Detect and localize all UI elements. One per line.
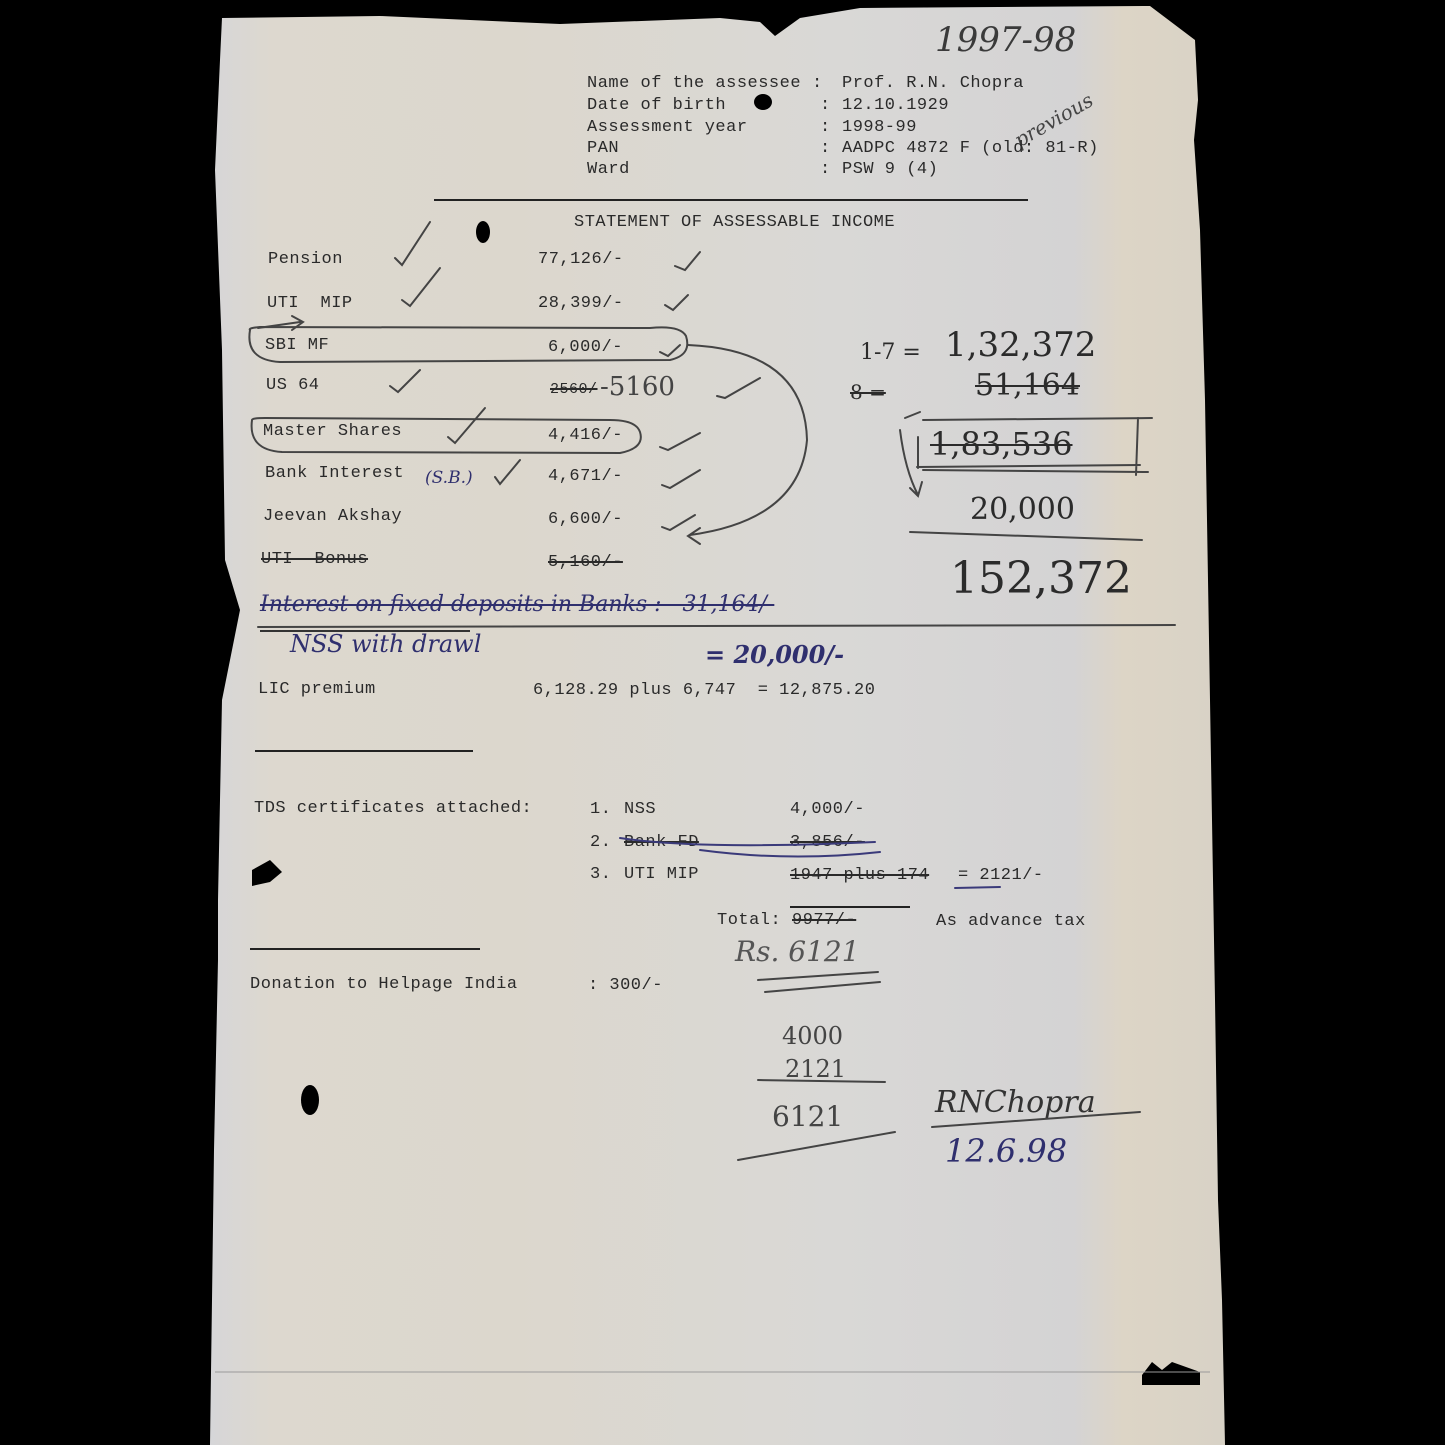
income-amount: 4,671/- bbox=[548, 467, 623, 486]
sum-line: 2121 bbox=[785, 1055, 846, 1083]
income-label-struck: UTI Bonus bbox=[261, 550, 368, 569]
income-label: SBI MF bbox=[265, 336, 329, 355]
total-rule bbox=[790, 906, 910, 908]
sum-total: 6121 bbox=[772, 1100, 843, 1133]
header-colon: : bbox=[820, 118, 831, 137]
header-value-assessment-year: 1998-99 bbox=[842, 118, 917, 137]
tds-name: UTI MIP bbox=[624, 865, 699, 884]
tds-name: NSS bbox=[624, 800, 656, 819]
tds-num: 2. bbox=[590, 833, 611, 852]
header-colon: : bbox=[820, 160, 831, 179]
tds-revised-total: Rs. 6121 bbox=[735, 935, 860, 968]
header-divider bbox=[434, 199, 1028, 201]
income-note: (S.B.) bbox=[425, 468, 473, 488]
year-note: 1997-98 bbox=[935, 20, 1076, 60]
donation-amount: : 300/- bbox=[588, 976, 663, 995]
income-amount: 6,600/- bbox=[548, 510, 623, 529]
struck-fd-interest: Interest on fixed deposits in Banks : 31… bbox=[260, 592, 774, 617]
nss-withdrawal-amount: = 20,000/- bbox=[705, 640, 844, 669]
calc-value: 1,32,372 bbox=[945, 325, 1096, 365]
tds-total-struck: 9977/- bbox=[792, 911, 856, 930]
income-label: UTI MIP bbox=[267, 294, 353, 313]
header-colon: : bbox=[820, 139, 831, 158]
tds-total-label: Total: bbox=[717, 911, 781, 930]
calc-value: 20,000 bbox=[970, 492, 1075, 527]
income-amount: 77,126/- bbox=[538, 250, 624, 269]
header-colon: : bbox=[820, 96, 831, 115]
income-label: Jeevan Akshay bbox=[263, 507, 402, 526]
sum-line: 4000 bbox=[782, 1022, 843, 1050]
donation-label: Donation to Helpage India bbox=[250, 975, 518, 994]
income-label: Master Shares bbox=[263, 422, 402, 441]
calc-label: 1-7 = bbox=[860, 340, 921, 365]
tds-amount: 4,000/- bbox=[790, 800, 865, 819]
tds-label: TDS certificates attached: bbox=[254, 799, 532, 818]
header-value-dob: 12.10.1929 bbox=[842, 96, 949, 115]
header-label-dob: Date of birth bbox=[587, 96, 726, 115]
header-value-pan: AADPC 4872 F (old: 81-R) bbox=[842, 139, 1099, 158]
tds-name-struck: Bank FD bbox=[624, 833, 699, 852]
tds-amount-struck: 3,856/- bbox=[790, 833, 865, 852]
calc-boxed-value: 1,83,536 bbox=[930, 425, 1073, 463]
header-label-assessment-year: Assessment year bbox=[587, 118, 748, 137]
lic-value: 6,128.29 plus 6,747 = 12,875.20 bbox=[533, 681, 875, 700]
document-page: 1997-98 previous Name of the assessee : … bbox=[0, 0, 1445, 1445]
lic-label: LIC premium bbox=[258, 680, 376, 699]
section-divider bbox=[255, 750, 473, 752]
signature-date: 12.6.98 bbox=[945, 1132, 1067, 1170]
header-value-name: Prof. R.N. Chopra bbox=[842, 74, 1024, 93]
advance-tax-label: As advance tax bbox=[936, 912, 1086, 931]
tds-num: 3. bbox=[590, 865, 611, 884]
income-amount-struck: 2560/ bbox=[550, 381, 598, 398]
income-amount: 28,399/- bbox=[538, 294, 624, 313]
income-label: US 64 bbox=[266, 376, 320, 395]
header-colon: : bbox=[812, 74, 823, 93]
header-label-name: Name of the assessee bbox=[587, 74, 801, 93]
calc-total: 152,372 bbox=[950, 553, 1132, 604]
income-amount: 6,000/- bbox=[548, 338, 623, 357]
tds-amount-struck: 1947 plus 174 bbox=[790, 866, 929, 885]
income-label: Bank Interest bbox=[265, 464, 404, 483]
nss-withdrawal-label: NSS with drawl bbox=[290, 630, 481, 658]
header-label-pan: PAN bbox=[587, 139, 619, 158]
calc-value: 51,164 bbox=[975, 368, 1080, 403]
header-label-ward: Ward bbox=[587, 160, 630, 179]
income-amount-handwritten: -5160 bbox=[600, 372, 675, 402]
tds-amount: = 2121/- bbox=[958, 866, 1044, 885]
signature: RNChopra bbox=[935, 1085, 1096, 1120]
income-amount: 4,416/- bbox=[548, 426, 623, 445]
income-amount-struck: 5,160/- bbox=[548, 553, 623, 572]
income-label: Pension bbox=[268, 250, 343, 269]
section-divider bbox=[250, 948, 480, 950]
tds-num: 1. bbox=[590, 800, 611, 819]
header-value-ward: PSW 9 (4) bbox=[842, 160, 938, 179]
calc-label: 8 = bbox=[850, 380, 886, 404]
statement-title: STATEMENT OF ASSESSABLE INCOME bbox=[574, 213, 895, 232]
